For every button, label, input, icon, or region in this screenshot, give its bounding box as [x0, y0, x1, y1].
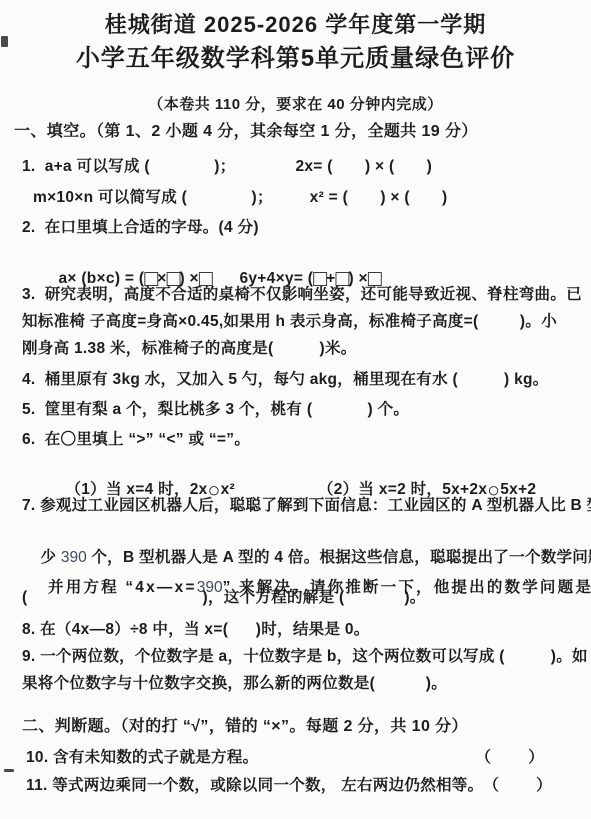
question11: 11. 等式两边乘同一个数，或除以同一个数， 左右两边仍然相等。 （ ）: [26, 775, 544, 797]
paper-title-line1: 桂城街道 2025-2026 学年度第一学期: [0, 14, 591, 36]
paper-title-line2: 小学五年级数学科第5单元质量绿色评价: [0, 48, 591, 70]
question10: 10. 含有未知数的式子就是方程。 （ ）: [26, 747, 544, 769]
question9-line2: 果将个位数字与十位数字交换，那么新的两位数是( )。: [22, 673, 447, 695]
question3-line1: 3. 研究表明，高度不合适的桌椅不仅影响坐姿，还可能导致近视、脊柱弯曲。已: [22, 284, 582, 306]
question9-line1: 9. 一个两位数，个位数字是 a，十位数字是 b，这个两位数可以写成 ( )。如: [22, 646, 588, 668]
scan-artifact: [1, 36, 8, 47]
section1-heading: 一、填空。（第 1、2 小题 4 分，其余每空 1 分，全题共 19 分）: [14, 121, 478, 143]
paper-subtitle: （本卷共 110 分，要求在 40 分钟内完成）: [0, 94, 591, 116]
question10-text: 10. 含有未知数的式子就是方程。: [26, 747, 258, 769]
question4: 4. 桶里原有 3kg 水，又加入 5 勺，每勺 akg，桶里现在有水 ( ) …: [22, 369, 549, 391]
question3-line3: 刚身高 1.38 米，标准椅子的高度是( )米。: [22, 338, 357, 360]
question6-stem: 6. 在〇里填上 “>” “<” 或 “=”。: [22, 429, 250, 451]
exam-paper-page: 桂城街道 2025-2026 学年度第一学期 小学五年级数学科第5单元质量绿色评…: [0, 0, 591, 819]
question7-line1: 7. 参观过工业园区机器人后，聪聪了解到下面信息：工业园区的 A 型机器人比 B…: [22, 495, 591, 517]
scan-artifact: [4, 769, 14, 772]
question2-stem: 2. 在口里填上合适的字母。(4 分): [22, 217, 259, 239]
answer-bracket: （ ）: [476, 747, 544, 769]
question7-line4: ( )，这个方程的解是 ( )。: [22, 587, 426, 609]
question5: 5. 筐里有梨 a 个，梨比桃多 3 个，桃有 ( ) 个。: [22, 399, 409, 421]
question3-line2: 知标准椅 子高度=身高×0.45,如果用 h 表示身高，标准椅子高度=( )。小: [22, 311, 557, 333]
question8: 8. 在（4x—8）÷8 中，当 x=( )时，结果是 0。: [22, 619, 370, 641]
section2-heading: 二、判断题。（对的打 “√”，错的 “×”。每题 2 分，共 10 分）: [22, 716, 468, 738]
answer-bracket: （ ）: [483, 775, 551, 797]
question11-text: 11. 等式两边乘同一个数，或除以同一个数， 左右两边仍然相等。: [26, 775, 483, 797]
question1-line1: 1. a+a 可以写成 ( )； 2x= ( ) × ( ): [22, 156, 432, 178]
question1-line2: m×10×n 可以简写成 ( )； x² = ( ) × ( ): [33, 187, 448, 209]
